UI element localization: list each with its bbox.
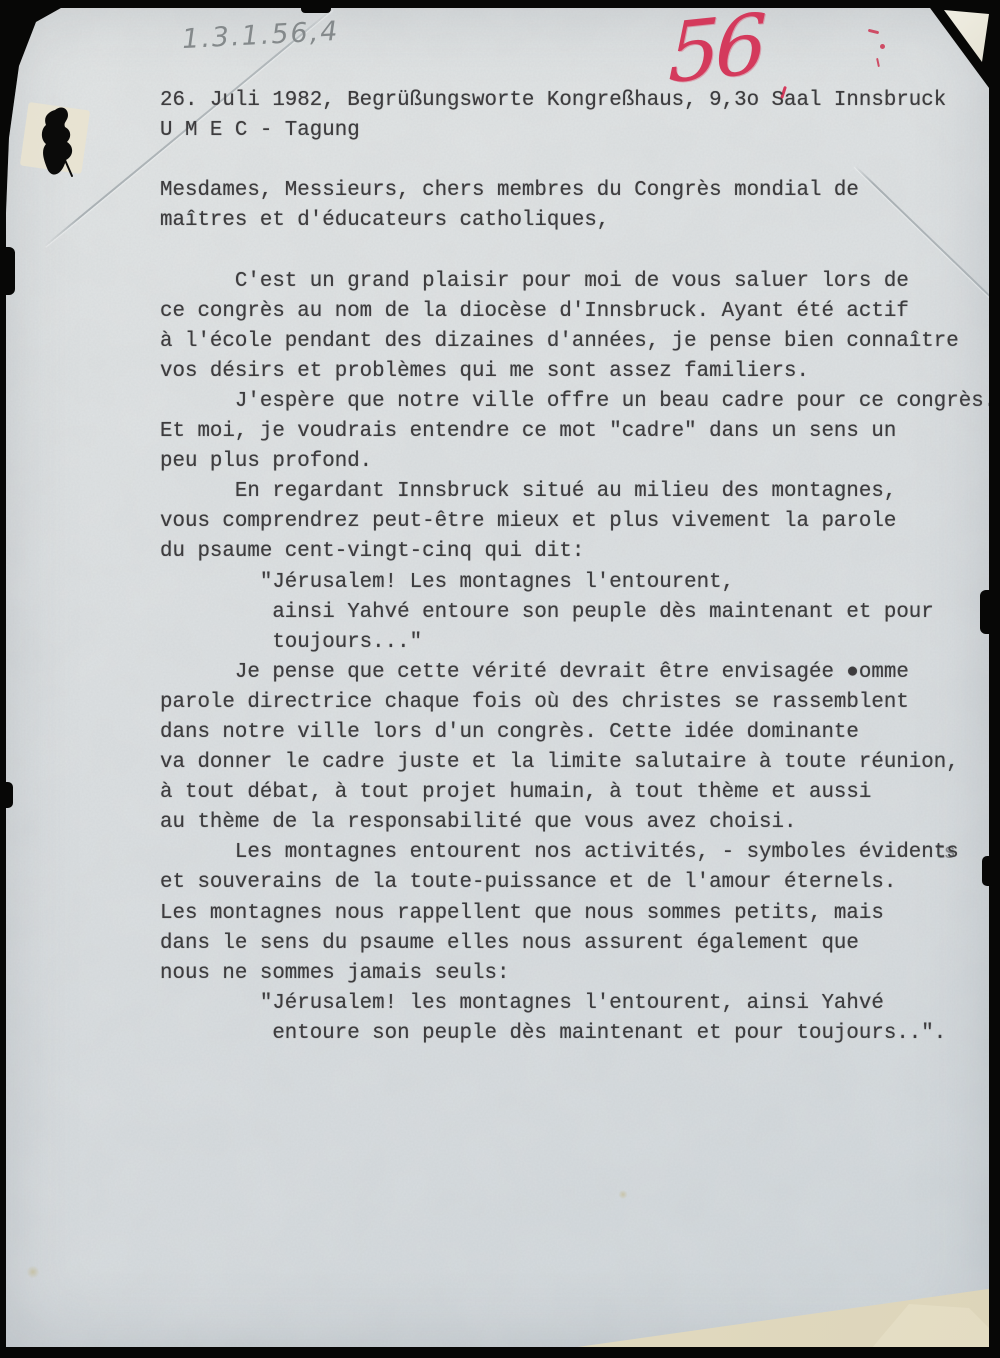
text-line: vos désirs et problèmes qui me sont asse… <box>160 357 979 387</box>
typewriter-overstrike: ts <box>934 839 953 869</box>
text-line: peu plus profond. <box>160 447 979 477</box>
text-line: du psaume cent-vingt-cinq qui dit: <box>160 537 979 567</box>
text-line: nous ne sommes jamais seuls: <box>160 959 979 989</box>
text-line: "Jérusalem! les montagnes l'entourent, a… <box>160 989 979 1019</box>
typewritten-salutation: Mesdames, Messieurs, chers membres du Co… <box>160 176 979 236</box>
text-line: va donner le cadre juste et la limite sa… <box>160 748 979 778</box>
text-line: ainsi Yahvé entoure son peuple dès maint… <box>160 598 979 628</box>
pencil-archive-number: 1.3.1.56,4 <box>181 16 340 55</box>
text-line: Les montagnes entourent nos activités, -… <box>160 838 979 868</box>
paper-sheet: 1.3.1.56,4 56 26. Juli 1982, Begrüßungsw… <box>6 8 989 1347</box>
typewritten-header: 26. Juli 1982, Begrüßungsworte Kongreßha… <box>160 86 979 146</box>
text-line: maîtres et d'éducateurs catholiques, <box>160 206 979 236</box>
scan-edge-artifact <box>301 8 331 13</box>
text-line: Les montagnes nous rappellent que nous s… <box>160 899 979 929</box>
red-ink-speck <box>876 58 880 67</box>
text-line: 26. Juli 1982, Begrüßungsworte Kongreßha… <box>160 86 979 116</box>
scan-edge-artifact <box>6 247 15 295</box>
text-line: En regardant Innsbruck situé au milieu d… <box>160 477 979 507</box>
paper-stain <box>618 1190 628 1199</box>
text-line: et souverains de la toute-puissance et d… <box>160 868 979 898</box>
text-line: au thème de la responsabilité que vous a… <box>160 808 979 838</box>
scanned-document-page: 1.3.1.56,4 56 26. Juli 1982, Begrüßungsw… <box>0 0 1000 1358</box>
scan-edge-artifact <box>980 590 989 634</box>
text-line: entoure son peuple dès maintenant et pou… <box>160 1019 979 1049</box>
paper-tear-hole <box>32 100 92 200</box>
text-line: C'est un grand plaisir pour moi de vous … <box>160 267 979 297</box>
red-ink-speck <box>880 44 885 49</box>
text-line: toujours..." <box>160 628 979 658</box>
text-line: parole directrice chaque fois où des chr… <box>160 688 979 718</box>
text-line: "Jérusalem! Les montagnes l'entourent, <box>160 568 979 598</box>
text-line: vous comprendrez peut-être mieux et plus… <box>160 507 979 537</box>
text-line: Et moi, je voudrais entendre ce mot "cad… <box>160 417 979 447</box>
red-ink-speck <box>868 29 879 35</box>
text-line: ce congrès au nom de la diocèse d'Innsbr… <box>160 297 979 327</box>
typewritten-body: C'est un grand plaisir pour moi de vous … <box>160 267 979 1049</box>
scan-edge-artifact <box>982 856 989 886</box>
paper-stain <box>26 1266 40 1278</box>
text-line: Mesdames, Messieurs, chers membres du Co… <box>160 176 979 206</box>
text-line: J'espère que notre ville offre un beau c… <box>160 387 979 417</box>
text-line: à l'école pendant des dizaines d'années,… <box>160 327 979 357</box>
text-line: Je pense que cette vérité devrait être e… <box>160 658 979 688</box>
text-line: à tout débat, à tout projet humain, à to… <box>160 778 979 808</box>
text-line: U M E C - Tagung <box>160 116 979 146</box>
text-line: dans notre ville lors d'un congrès. Cett… <box>160 718 979 748</box>
scan-edge-artifact <box>6 782 13 808</box>
text-line: dans le sens du psaume elles nous assure… <box>160 929 979 959</box>
